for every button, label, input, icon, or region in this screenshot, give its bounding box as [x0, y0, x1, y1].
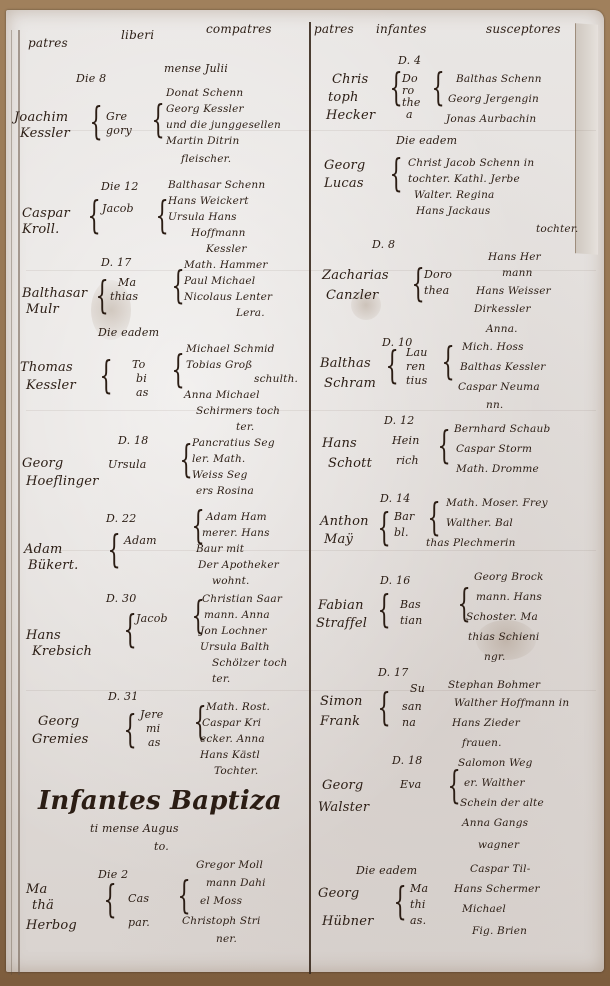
brace: {: [411, 264, 424, 302]
child-name-cont: san: [402, 700, 422, 714]
child-name-cont: mi: [146, 722, 160, 736]
header-patres-right: patres: [314, 22, 354, 36]
brace: {: [437, 426, 450, 464]
sponsor: er. Walther: [464, 776, 525, 790]
child-name-cont: gory: [106, 124, 132, 138]
sponsor: wagner: [478, 838, 519, 852]
child-name-cont: a: [406, 108, 413, 122]
sponsor: Schölzer toch: [212, 656, 287, 670]
manuscript-page: patres liberi compatres patres infantes …: [6, 10, 604, 972]
sponsor: Paul Michael: [184, 274, 255, 288]
sponsor: Hoffmann: [191, 226, 246, 240]
child-name: To: [132, 358, 146, 372]
section-heading-cont: to.: [154, 840, 169, 854]
sponsor: Michael: [462, 902, 506, 916]
entry-date: D. 30: [106, 592, 136, 605]
sponsor: mann. Hans: [476, 590, 542, 604]
brace: {: [393, 882, 406, 920]
sponsor: Math. Hammer: [184, 258, 268, 272]
sponsor: Adam Ham: [206, 510, 267, 524]
brace: {: [107, 530, 120, 568]
brace: {: [427, 498, 440, 536]
child-name-cont: as.: [410, 914, 426, 928]
sponsor: schulth.: [254, 372, 298, 386]
sponsor: Balthasar Schenn: [168, 178, 265, 192]
child-name: Jacob: [102, 202, 134, 216]
brace: {: [377, 508, 390, 546]
sponsor: el Moss: [200, 894, 242, 908]
father-surname: Schott: [328, 456, 372, 472]
entry-date: D. 31: [108, 690, 138, 703]
sponsor: Fig. Brien: [472, 924, 527, 938]
sponsor: ter.: [212, 672, 230, 686]
father-surname: Gremies: [32, 732, 89, 748]
sponsor: Caspar Til-: [470, 862, 531, 876]
child-name: Bar: [394, 510, 415, 524]
brace: {: [179, 440, 192, 478]
child-name: Adam: [124, 534, 157, 548]
sponsor: ter.: [236, 420, 254, 434]
sponsor: Caspar Neuma: [458, 380, 540, 394]
brace: {: [389, 154, 402, 192]
child-name: Jacob: [136, 612, 168, 626]
sponsor: Hans Weickert: [168, 194, 249, 208]
sponsor: ngr.: [484, 650, 506, 664]
sponsor: mann: [502, 266, 533, 280]
father-surname: Schram: [324, 376, 376, 392]
brace: {: [87, 196, 100, 234]
brace: {: [151, 100, 164, 138]
father-name: Chris: [332, 72, 368, 88]
sponsor: Salomon Weg: [458, 756, 533, 770]
father-name: Ma: [26, 882, 47, 898]
sponsor: Caspar Storm: [456, 442, 532, 456]
father-surname: Krebsich: [32, 644, 92, 660]
sponsor: Donat Schenn: [166, 86, 243, 100]
entry-date: Die eadem: [356, 864, 417, 877]
child-name: Su: [410, 682, 425, 696]
sponsor: Hans Jackaus: [416, 204, 490, 218]
child-name: Gre: [106, 110, 127, 124]
sponsor: thias Schieni: [468, 630, 539, 644]
sponsor: Nicolaus Lenter: [184, 290, 272, 304]
sponsor: Anna Gangs: [462, 816, 528, 830]
sponsor: Jon Lochner: [200, 624, 267, 638]
child-name: Eva: [400, 778, 421, 792]
child-name: Cas: [128, 892, 149, 906]
sponsor: Walther Hoffmann in: [454, 696, 569, 710]
child-name: Doro: [424, 268, 452, 282]
entry-date: D. 14: [380, 492, 410, 505]
child-name-cont: ren: [406, 360, 425, 374]
father-surname: Kroll.: [22, 222, 59, 238]
entry-date: Die 8: [76, 72, 106, 85]
sponsor: Hans Kästl: [200, 748, 260, 762]
sponsor: Schoster. Ma: [466, 610, 538, 624]
father-surname: Frank: [320, 714, 360, 730]
child-name: Jere: [140, 708, 164, 722]
brace: {: [377, 590, 390, 628]
sponsor: Walther. Bal: [446, 516, 513, 530]
father-surname: Herbog: [26, 918, 77, 934]
header-liberi: liberi: [121, 28, 154, 42]
father-name: Georg: [324, 158, 365, 174]
sponsor: Martin Ditrin: [166, 134, 239, 148]
sponsor: Weiss Seg: [192, 468, 248, 482]
torn-page-corner: [575, 23, 598, 255]
entry-date: Die eadem: [396, 134, 457, 147]
sponsor: nn.: [486, 398, 503, 412]
father-name: Georg: [318, 886, 359, 902]
child-name-cont: as: [148, 736, 161, 750]
child-name: Bas: [400, 598, 421, 612]
father-surname: Bükert.: [28, 558, 78, 574]
child-name-cont: thi: [410, 898, 426, 912]
sponsor: Math. Moser. Frey: [446, 496, 548, 510]
father-name-cont: thä: [32, 898, 54, 914]
child-name: Ursula: [108, 458, 147, 472]
sponsor: Der Apotheker: [198, 558, 279, 572]
brace: {: [171, 350, 184, 388]
sponsor: Hans Zieder: [452, 716, 520, 730]
child-name: Ma: [410, 882, 428, 896]
sponsor: Mich. Hoss: [462, 340, 524, 354]
father-surname: Kessler: [20, 126, 70, 142]
header-infantes: infantes: [376, 22, 427, 36]
father-name: Fabian: [318, 598, 364, 614]
sponsor: merer. Hans: [202, 526, 270, 540]
sponsor: Math. Dromme: [456, 462, 539, 476]
sponsor: Dirkessler: [474, 302, 531, 316]
entry-date: D. 22: [106, 512, 136, 525]
brace: {: [123, 710, 136, 748]
sponsor: Baur mit: [196, 542, 244, 556]
brace: {: [155, 196, 168, 234]
sponsor: Georg Brock: [474, 570, 544, 584]
father-name: Anthon: [320, 514, 369, 530]
child-name-cont: thea: [424, 284, 449, 298]
sponsor: Pancratius Seg: [192, 436, 275, 450]
sponsor: Lera.: [236, 306, 265, 320]
entry-date: D. 17: [378, 666, 408, 679]
sponsor: tochter.: [536, 222, 578, 236]
sponsor: wohnt.: [212, 574, 250, 588]
child-name-cont: tius: [406, 374, 427, 388]
header-susceptores: susceptores: [486, 22, 561, 36]
child-name-cont: bl.: [394, 526, 409, 540]
entry-date: D. 12: [384, 414, 414, 427]
sponsor: Ursula Hans: [168, 210, 237, 224]
sponsor: Math. Rost.: [206, 700, 270, 714]
brace: {: [447, 766, 460, 804]
father-name: Thomas: [20, 360, 73, 376]
sponsor: Stephan Bohmer: [448, 678, 540, 692]
sponsor: ers Rosina: [196, 484, 254, 498]
child-name-cont: bi: [136, 372, 147, 386]
header-compatres: compatres: [206, 22, 272, 36]
sponsor: Michael Schmid: [186, 342, 275, 356]
entry-date: D. 16: [380, 574, 410, 587]
entry-date: D. 18: [392, 754, 422, 767]
brace: {: [103, 880, 116, 918]
entry-date: D. 18: [118, 434, 148, 447]
sponsor: Schein der alte: [460, 796, 544, 810]
father-surname: Walster: [318, 800, 369, 816]
sponsor: Hans Her: [488, 250, 541, 264]
father-name: Georg: [38, 714, 79, 730]
sponsor: Tochter.: [214, 764, 258, 778]
sponsor: Gregor Moll: [196, 858, 263, 872]
sponsor: mann. Anna: [204, 608, 270, 622]
father-surname: Mulr: [26, 302, 59, 318]
section-heading-cont: ti mense Augus: [90, 822, 179, 836]
brace: {: [431, 68, 444, 106]
father-name: Hans: [322, 436, 357, 452]
child-name: Ma: [118, 276, 136, 290]
sponsor: ner.: [216, 932, 237, 946]
sponsor: Bernhard Schaub: [454, 422, 550, 436]
sponsor: thas Plechmerin: [426, 536, 516, 550]
father-name: Balthasar: [22, 286, 87, 302]
father-surname: Hübner: [322, 914, 374, 930]
child-name: Hein: [392, 434, 420, 448]
brace: {: [177, 876, 190, 914]
sponsor: frauen.: [462, 736, 502, 750]
father-surname: Kessler: [26, 378, 76, 394]
sponsor: Kessler: [206, 242, 247, 256]
father-name-cont: toph: [328, 90, 359, 106]
child-name-cont: rich: [396, 454, 419, 468]
entry-date: Die eadem: [98, 326, 159, 339]
sponsor: Christoph Stri: [182, 914, 261, 928]
sponsor: Anna.: [486, 322, 518, 336]
sponsor: tochter. Kathl. Jerbe: [408, 172, 520, 186]
section-heading: Infantes Baptiza: [38, 786, 282, 816]
brace: {: [171, 266, 184, 304]
margin-rule-outer: [11, 30, 12, 975]
month-note: mense Julii: [164, 62, 228, 76]
father-surname: Hecker: [326, 108, 375, 124]
child-name: Lau: [406, 346, 428, 360]
father-surname: Lucas: [324, 176, 364, 192]
sponsor: Georg Jergengin: [448, 92, 539, 106]
sponsor: mann Dahi: [206, 876, 266, 890]
sponsor: Caspar Kri: [202, 716, 261, 730]
father-name: Balthas: [320, 356, 371, 372]
child-name-cont: na: [402, 716, 416, 730]
father-name: Caspar: [22, 206, 70, 222]
sponsor: und die junggesellen: [166, 118, 281, 132]
father-name: Zacharias: [322, 268, 389, 284]
sponsor: Hans Schermer: [454, 882, 540, 896]
brace: {: [89, 102, 102, 140]
father-name: Georg: [22, 456, 63, 472]
brace: {: [377, 688, 390, 726]
sponsor: Schirmers toch: [196, 404, 280, 418]
child-name-cont: as: [136, 386, 149, 400]
father-surname: Hoeflinger: [26, 474, 99, 490]
father-name: Georg: [322, 778, 363, 794]
father-name: Hans: [26, 628, 61, 644]
sponsor: Anna Michael: [184, 388, 260, 402]
sponsor: fleischer.: [181, 152, 231, 166]
header-patres-left: patres: [28, 36, 68, 50]
brace: {: [441, 342, 454, 380]
brace: {: [389, 68, 402, 106]
child-name-cont: par.: [128, 916, 150, 930]
child-name-cont: thias: [110, 290, 138, 304]
sponsor: Balthas Schenn: [456, 72, 542, 86]
sponsor: ecker. Anna: [200, 732, 265, 746]
column-divider: [309, 22, 311, 974]
sponsor: ler. Math.: [192, 452, 245, 466]
margin-rule: [18, 30, 20, 975]
entry-date: D. 8: [372, 238, 395, 251]
brace: {: [123, 610, 136, 648]
sponsor: Ursula Balth: [200, 640, 270, 654]
father-surname: Canzler: [326, 288, 378, 304]
child-name-cont: tian: [400, 614, 422, 628]
sponsor: Christ Jacob Schenn in: [408, 156, 534, 170]
entry-date: D. 17: [101, 256, 131, 269]
bleed-through: [26, 410, 596, 411]
father-surname: Maÿ: [324, 532, 353, 548]
sponsor: Balthas Kessler: [460, 360, 545, 374]
brace: {: [385, 346, 398, 384]
father-name: Adam: [24, 542, 63, 558]
brace: {: [99, 356, 112, 394]
sponsor: Christian Saar: [202, 592, 282, 606]
sponsor: Walter. Regina: [414, 188, 495, 202]
sponsor: Georg Kessler: [166, 102, 244, 116]
father-name: Joachim: [14, 110, 68, 126]
father-name: Simon: [320, 694, 363, 710]
sponsor: Hans Weisser: [476, 284, 551, 298]
sponsor: Jonas Aurbachin: [446, 112, 536, 126]
sponsor: Tobias Groß: [186, 358, 253, 372]
entry-date: Die 12: [101, 180, 139, 193]
father-surname: Straffel: [316, 616, 367, 632]
brace: {: [95, 276, 108, 314]
